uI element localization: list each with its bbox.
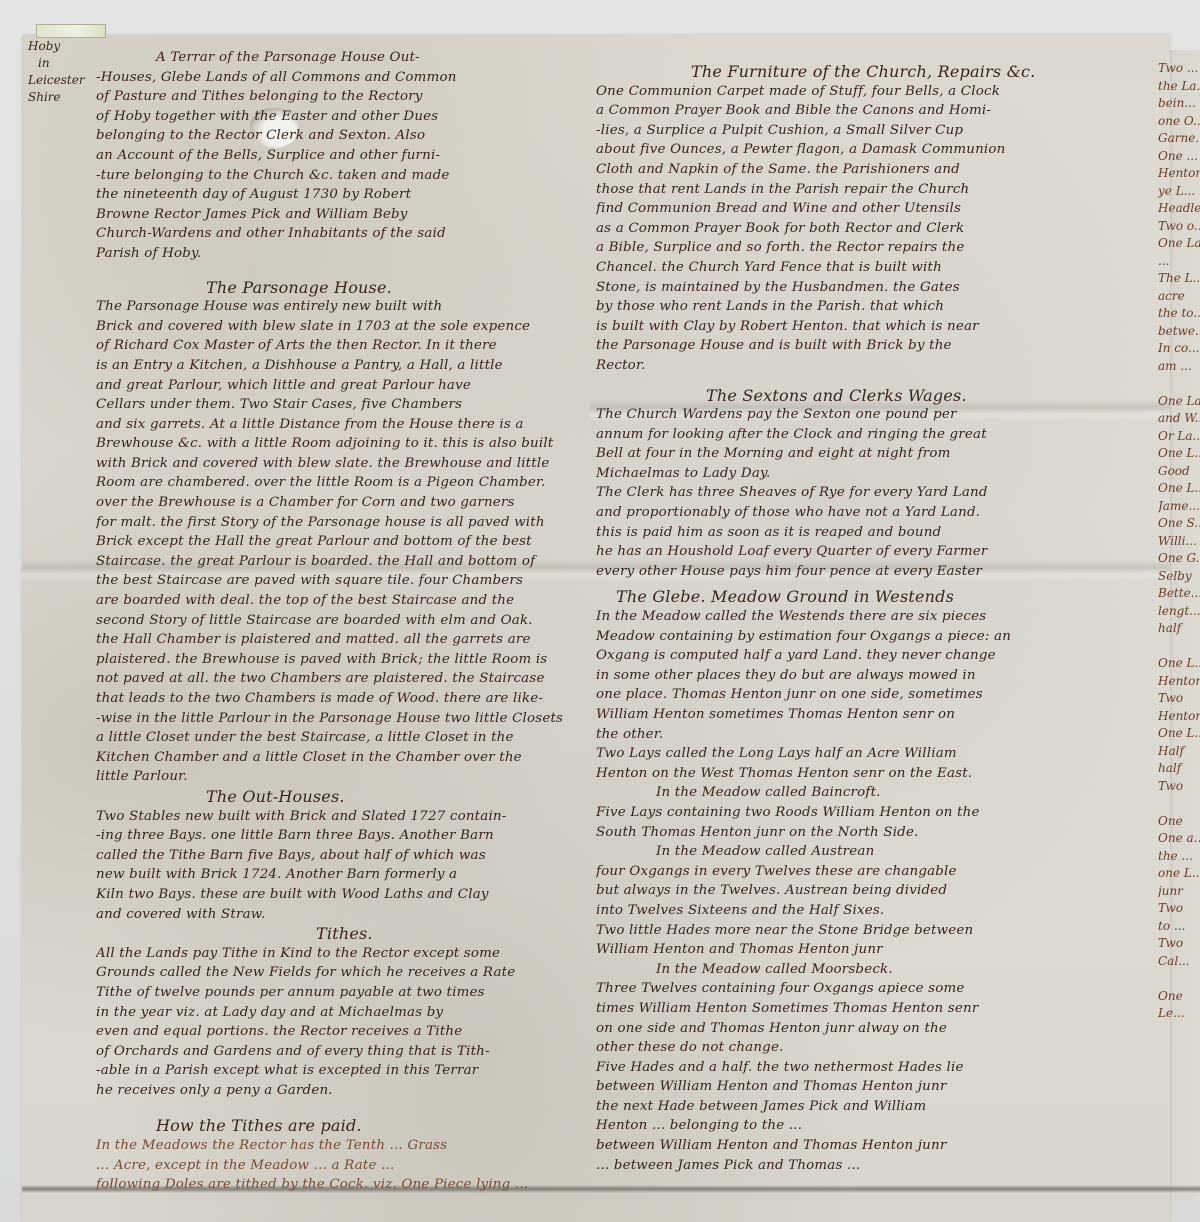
manuscript-line: is an Entry a Kitchen, a Dishhouse a Pan… xyxy=(96,356,586,376)
adjacent-sheet-fragment: to ... xyxy=(1158,918,1200,936)
manuscript-line: Brick except the Hall the great Parlour … xyxy=(96,532,586,552)
manuscript-line: Three Twelves containing four Oxgangs ap… xyxy=(596,979,1146,999)
manuscript-line: not paved at all. the two Chambers are p… xyxy=(96,669,586,689)
adjacent-sheet-text: Two ...the La...bein...one O...Garne...O… xyxy=(1158,60,1200,1023)
adjacent-sheet-fragment: Good xyxy=(1158,463,1200,481)
manuscript-line: The Clerk has three Sheaves of Rye for e… xyxy=(596,483,1146,503)
adjacent-sheet-fragment: am ... xyxy=(1158,358,1200,376)
glebe-section: In the Meadow called the Westends there … xyxy=(596,607,1146,783)
furniture-section: One Communion Carpet made of Stuff, four… xyxy=(596,82,1146,376)
manuscript-line: on one side and Thomas Henton junr alway… xyxy=(596,1019,1146,1039)
manuscript-line: he has an Houshold Loaf every Quarter of… xyxy=(596,542,1146,562)
section-heading-tithes: Tithes. xyxy=(96,924,586,944)
adjacent-sheet-fragment: Two xyxy=(1158,778,1200,796)
manuscript-line: Stone, is maintained by the Husbandmen. … xyxy=(596,278,1146,298)
manuscript-line: One Communion Carpet made of Stuff, four… xyxy=(596,82,1146,102)
adjacent-sheet-fragment: the ... xyxy=(1158,848,1200,866)
manuscript-line: Brewhouse &c. with a little Room adjoini… xyxy=(96,434,586,454)
manuscript-line: between William Henton and Thomas Henton… xyxy=(596,1077,1146,1097)
manuscript-line: one place. Thomas Henton junr on one sid… xyxy=(596,685,1146,705)
austrean-section: four Oxgangs in every Twelves these are … xyxy=(596,862,1146,960)
title-line: Parish of Hoby. xyxy=(96,244,586,264)
manuscript-line: little Parlour. xyxy=(96,767,586,787)
adjacent-sheet-fragment: One L... xyxy=(1158,655,1200,673)
manuscript-line: new built with Brick 1724. Another Barn … xyxy=(96,865,586,885)
manuscript-line: over the Brewhouse is a Chamber for Corn… xyxy=(96,493,586,513)
manuscript-line: for malt. the first Story of the Parsona… xyxy=(96,513,586,533)
manuscript-line: annum for looking after the Clock and ri… xyxy=(596,425,1146,445)
manuscript-line: the Hall Chamber is plaistered and matte… xyxy=(96,630,586,650)
manuscript-line: and six garrets. At a little Distance fr… xyxy=(96,415,586,435)
manuscript-line: Henton ... belonging to the ... xyxy=(596,1116,1146,1136)
manuscript-line: In the Meadows the Rector has the Tenth … xyxy=(96,1136,586,1156)
manuscript-line: -ing three Bays. one little Barn three B… xyxy=(96,826,586,846)
adjacent-sheet-fragment: Bette... xyxy=(1158,585,1200,603)
adjacent-sheet-fragment: the to... xyxy=(1158,305,1200,323)
manuscript-line: -wise in the little Parlour in the Parso… xyxy=(96,709,586,729)
subheading-baincroft: In the Meadow called Baincroft. xyxy=(596,783,1146,803)
manuscript-line: Henton on the West Thomas Henton senr on… xyxy=(596,764,1146,784)
manuscript-line: a little Closet under the best Staircase… xyxy=(96,728,586,748)
adjacent-sheet-fragment xyxy=(1158,970,1200,988)
manuscript-line: The Parsonage House was entirely new bui… xyxy=(96,297,586,317)
title-block: A Terrar of the Parsonage House Out- -Ho… xyxy=(96,48,586,264)
manuscript-line: All the Lands pay Tithe in Kind to the R… xyxy=(96,944,586,964)
manuscript-line: Staircase. the great Parlour is boarded.… xyxy=(96,552,586,572)
adjacent-sheet-fragment: junr xyxy=(1158,883,1200,901)
adjacent-sheet-fragment: Half xyxy=(1158,743,1200,761)
adjacent-sheet-fragment: betwe... xyxy=(1158,323,1200,341)
manuscript-line: he receives only a peny a Garden. xyxy=(96,1081,586,1101)
adjacent-sheet-fragment: ... xyxy=(1158,253,1200,271)
title-line: an Account of the Bells, Surplice and ot… xyxy=(96,146,586,166)
adjacent-sheet-fragment: One xyxy=(1158,813,1200,831)
manuscript-line: Brick and covered with blew slate in 170… xyxy=(96,317,586,337)
adjacent-sheet-fragment: one O... xyxy=(1158,113,1200,131)
manuscript-line: Cloth and Napkin of the Same. the Parish… xyxy=(596,160,1146,180)
adjacent-sheet-fragment: Or La... xyxy=(1158,428,1200,446)
manuscript-line: a Common Prayer Book and Bible the Canon… xyxy=(596,101,1146,121)
manuscript-line: Kitchen Chamber and a little Closet in t… xyxy=(96,748,586,768)
adjacent-sheet-fragment: Le... xyxy=(1158,1005,1200,1023)
margin-note-line: in xyxy=(28,55,80,72)
adjacent-sheet-fragment: Two ... xyxy=(1158,60,1200,78)
adjacent-sheet-fragment: Selby xyxy=(1158,568,1200,586)
adjacent-sheet-fragment: Cal... xyxy=(1158,953,1200,971)
title-line: A Terrar of the Parsonage House Out- xyxy=(96,48,586,68)
title-line: belonging to the Rector Clerk and Sexton… xyxy=(96,126,586,146)
outhouses-section: Two Stables new built with Brick and Sla… xyxy=(96,807,586,925)
adjacent-sheet-fragment: Henton xyxy=(1158,708,1200,726)
manuscript-line: four Oxgangs in every Twelves these are … xyxy=(596,862,1146,882)
subheading-austrean: In the Meadow called Austrean xyxy=(596,842,1146,862)
section-heading-outhouses: The Out-Houses. xyxy=(96,787,586,807)
section-heading-how-paid: How the Tithes are paid. xyxy=(96,1116,586,1136)
title-line: Church-Wardens and other Inhabitants of … xyxy=(96,224,586,244)
manuscript-line: William Henton and Thomas Henton junr xyxy=(596,940,1146,960)
manuscript-line: a Bible, Surplice and so forth. the Rect… xyxy=(596,238,1146,258)
adjacent-sheet-fragment: Two xyxy=(1158,690,1200,708)
manuscript-line: of Orchards and Gardens and of every thi… xyxy=(96,1042,586,1062)
manuscript-line: this is paid him as soon as it is reaped… xyxy=(596,523,1146,543)
manuscript-line: in the year viz. at Lady day and at Mich… xyxy=(96,1003,586,1023)
manuscript-line: William Henton sometimes Thomas Henton s… xyxy=(596,705,1146,725)
subheading-moorsbeck: In the Meadow called Moorsbeck. xyxy=(596,960,1146,980)
manuscript-line: Michaelmas to Lady Day. xyxy=(596,464,1146,484)
manuscript-line: and covered with Straw. xyxy=(96,905,586,925)
manuscript-line: second Story of little Staircase are boa… xyxy=(96,611,586,631)
manuscript-line: Two little Hades more near the Stone Bri… xyxy=(596,921,1146,941)
manuscript-line: with Brick and covered with blew slate. … xyxy=(96,454,586,474)
manuscript-line: other these do not change. xyxy=(596,1038,1146,1058)
adjacent-sheet-fragment: Jame... xyxy=(1158,498,1200,516)
manuscript-line: every other House pays him four pence at… xyxy=(596,562,1146,582)
title-line: of Pasture and Tithes belonging to the R… xyxy=(96,87,586,107)
manuscript-line: times William Henton Sometimes Thomas He… xyxy=(596,999,1146,1019)
baincroft-section: Five Lays containing two Roods William H… xyxy=(596,803,1146,842)
manuscript-line: Tithe of twelve pounds per annum payable… xyxy=(96,983,586,1003)
adjacent-sheet-fragment: One S... xyxy=(1158,515,1200,533)
manuscript-line: the other. xyxy=(596,725,1146,745)
adjacent-sheet-fragment: Two xyxy=(1158,900,1200,918)
margin-note-line: Hoby xyxy=(28,38,80,55)
adjacent-sheet-fragment xyxy=(1158,375,1200,393)
adjacent-sheet-fragment: One La... xyxy=(1158,393,1200,411)
manuscript-line: The Church Wardens pay the Sexton one po… xyxy=(596,405,1146,425)
adjacent-sheet-fragment: half xyxy=(1158,760,1200,778)
adjacent-sheet-fragment xyxy=(1158,795,1200,813)
title-line: Browne Rector James Pick and William Beb… xyxy=(96,205,586,225)
manuscript-line: -able in a Parish except what is excepte… xyxy=(96,1061,586,1081)
manuscript-line: called the Tithe Barn five Bays, about h… xyxy=(96,846,586,866)
manuscript-line: between William Henton and Thomas Henton… xyxy=(596,1136,1146,1156)
section-heading-wages: The Sextons and Clerks Wages. xyxy=(596,386,1146,406)
manuscript-line: as a Common Prayer Book for both Rector … xyxy=(596,219,1146,239)
adjacent-sheet-fragment: One L... xyxy=(1158,445,1200,463)
manuscript-line: are boarded with deal. the top of the be… xyxy=(96,591,586,611)
manuscript-line: but always in the Twelves. Austrean bein… xyxy=(596,881,1146,901)
manuscript-line: about five Ounces, a Pewter flagon, a Da… xyxy=(596,140,1146,160)
title-line: the nineteenth day of August 1730 by Rob… xyxy=(96,185,586,205)
adjacent-sheet-fragment: half xyxy=(1158,620,1200,638)
margin-note-line: Shire xyxy=(28,89,80,106)
manuscript-line: Meadow containing by estimation four Oxg… xyxy=(596,627,1146,647)
tithes-section: All the Lands pay Tithe in Kind to the R… xyxy=(96,944,586,1101)
left-column: A Terrar of the Parsonage House Out- -Ho… xyxy=(96,48,586,1195)
manuscript-line: plaistered. the Brewhouse is paved with … xyxy=(96,650,586,670)
adjacent-sheet-fragment: In co... xyxy=(1158,340,1200,358)
adjacent-sheet-fragment: One L... xyxy=(1158,480,1200,498)
manuscript-line: ... between James Pick and Thomas ... xyxy=(596,1156,1146,1176)
adjacent-sheet-fragment: bein... xyxy=(1158,95,1200,113)
section-heading-glebe: The Glebe. Meadow Ground in Westends xyxy=(596,587,1146,607)
adjacent-sheet-fragment: ye L... xyxy=(1158,183,1200,201)
manuscript-line: Two Stables new built with Brick and Sla… xyxy=(96,807,586,827)
title-line: -ture belonging to the Church &c. taken … xyxy=(96,166,586,186)
mounting-tab xyxy=(36,24,106,38)
adjacent-sheet-fragment: One G... xyxy=(1158,550,1200,568)
manuscript-line: into Twelves Sixteens and the Half Sixes… xyxy=(596,901,1146,921)
margin-note-line: Leicester xyxy=(28,72,80,89)
manuscript-line: Room are chambered. over the little Room… xyxy=(96,473,586,493)
manuscript-line: In the Meadow called the Westends there … xyxy=(596,607,1146,627)
adjacent-sheet-fragment xyxy=(1158,638,1200,656)
adjacent-sheet-fragment: and W... xyxy=(1158,410,1200,428)
manuscript-line: of Richard Cox Master of Arts the then R… xyxy=(96,336,586,356)
manuscript-line: the Parsonage House and is built with Br… xyxy=(596,336,1146,356)
right-column: The Furniture of the Church, Repairs &c.… xyxy=(596,62,1146,1175)
adjacent-sheet-fragment: Garne... xyxy=(1158,130,1200,148)
manuscript-line: Rector. xyxy=(596,356,1146,376)
manuscript-line: Five Hades and a half. the two nethermos… xyxy=(596,1058,1146,1078)
manuscript-line: even and equal portions. the Rector rece… xyxy=(96,1022,586,1042)
manuscript-line: find Communion Bread and Wine and other … xyxy=(596,199,1146,219)
adjacent-sheet-fragment: One xyxy=(1158,988,1200,1006)
adjacent-sheet-fragment: one L... xyxy=(1158,865,1200,883)
manuscript-line: is built with Clay by Robert Henton. tha… xyxy=(596,317,1146,337)
manuscript-line: Two Lays called the Long Lays half an Ac… xyxy=(596,744,1146,764)
adjacent-sheet-fragment: Willi... xyxy=(1158,533,1200,551)
adjacent-sheet-fragment: Henton xyxy=(1158,165,1200,183)
how-paid-section: In the Meadows the Rector has the Tenth … xyxy=(96,1136,586,1195)
wages-section: The Church Wardens pay the Sexton one po… xyxy=(596,405,1146,581)
adjacent-sheet-fragment: lengt... xyxy=(1158,603,1200,621)
adjacent-sheet-fragment: One ... xyxy=(1158,148,1200,166)
manuscript-line: South Thomas Henton junr on the North Si… xyxy=(596,823,1146,843)
manuscript-line: Grounds called the New Fields for which … xyxy=(96,963,586,983)
parsonage-section: The Parsonage House was entirely new bui… xyxy=(96,297,586,787)
adjacent-sheet-fragment: the La... xyxy=(1158,78,1200,96)
manuscript-line: Chancel. the Church Yard Fence that is b… xyxy=(596,258,1146,278)
adjacent-sheet-fragment: Two o... xyxy=(1158,218,1200,236)
manuscript-line: those that rent Lands in the Parish repa… xyxy=(596,180,1146,200)
manuscript-line: Bell at four in the Morning and eight at… xyxy=(596,444,1146,464)
adjacent-sheet-fragment: The L... xyxy=(1158,270,1200,288)
manuscript-line: in some other places they do but are alw… xyxy=(596,666,1146,686)
manuscript-line: the best Staircase are paved with square… xyxy=(96,571,586,591)
title-line: -Houses, Glebe Lands of all Commons and … xyxy=(96,68,586,88)
manuscript-line: and great Parlour, which little and grea… xyxy=(96,376,586,396)
adjacent-sheet-fragment: Headle xyxy=(1158,200,1200,218)
manuscript-line: Oxgang is computed half a yard Land. the… xyxy=(596,646,1146,666)
manuscript-line: ... Acre, except in the Meadow ... a Rat… xyxy=(96,1156,586,1176)
section-heading-furniture: The Furniture of the Church, Repairs &c. xyxy=(596,62,1146,82)
manuscript-line: -lies, a Surplice a Pulpit Cushion, a Sm… xyxy=(596,121,1146,141)
manuscript-line: Five Lays containing two Roods William H… xyxy=(596,803,1146,823)
adjacent-sheet-fragment: One L... xyxy=(1158,725,1200,743)
manuscript-line: following Doles are tithed by the Cock. … xyxy=(96,1175,586,1195)
manuscript-line: by those who rent Lands in the Parish. t… xyxy=(596,297,1146,317)
manuscript-line: the next Hade between James Pick and Wil… xyxy=(596,1097,1146,1117)
adjacent-sheet-fragment: Two xyxy=(1158,935,1200,953)
manuscript-line: Cellars under them. Two Stair Cases, fiv… xyxy=(96,395,586,415)
adjacent-sheet-fragment: Henton xyxy=(1158,673,1200,691)
moorsbeck-section: Three Twelves containing four Oxgangs ap… xyxy=(596,979,1146,1175)
margin-note: Hoby in Leicester Shire xyxy=(28,38,80,106)
adjacent-sheet-fragment: One La... xyxy=(1158,235,1200,253)
adjacent-sheet-fragment: acre xyxy=(1158,288,1200,306)
manuscript-line: and proportionably of those who have not… xyxy=(596,503,1146,523)
section-heading-parsonage: The Parsonage House. xyxy=(96,278,586,298)
manuscript-line: Kiln two Bays. these are built with Wood… xyxy=(96,885,586,905)
adjacent-sheet-fragment: One a... xyxy=(1158,830,1200,848)
title-line: of Hoby together with the Easter and oth… xyxy=(96,107,586,127)
manuscript-line: that leads to the two Chambers is made o… xyxy=(96,689,586,709)
